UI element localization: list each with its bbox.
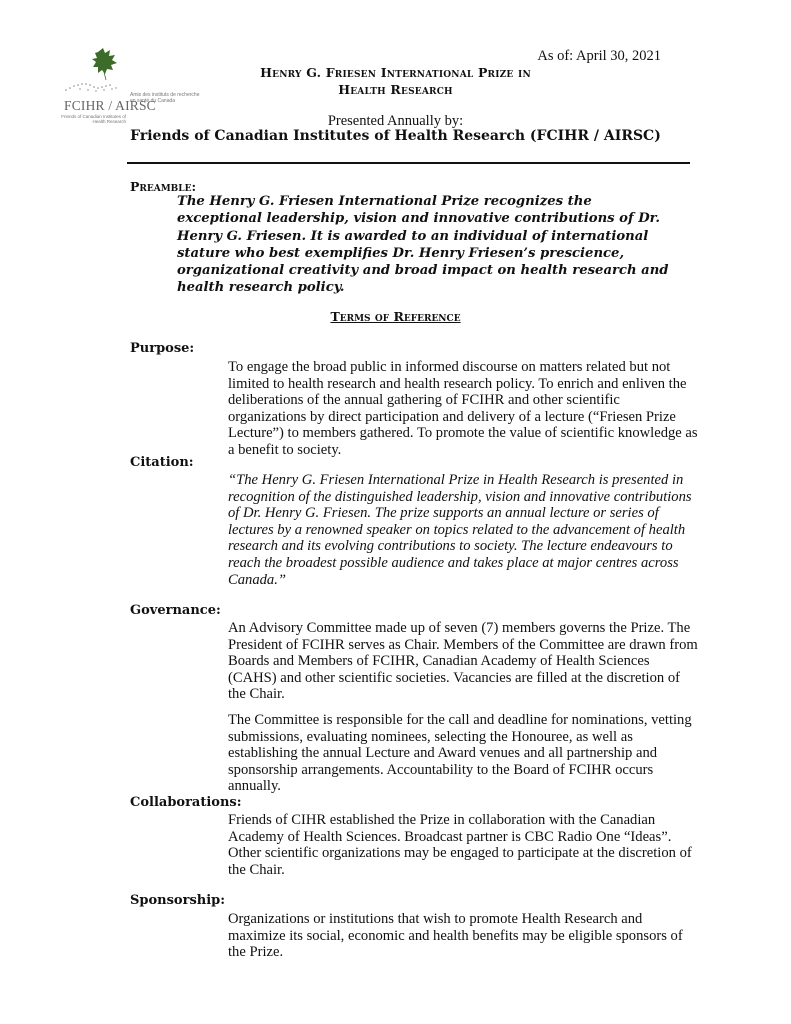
fcihr-logo: Amis des instituts de recherche en santé… — [58, 40, 188, 120]
logo-acronym: FCIHR / AIRSC — [64, 98, 156, 114]
collaborations-label: Collaborations: — [130, 795, 242, 810]
document-title-line2: Health Research — [0, 82, 791, 97]
purpose-text: To engage the broad public in informed d… — [228, 359, 698, 459]
document-title-line1: Henry G. Friesen International Prize in — [0, 65, 791, 80]
sponsorship-text: Organizations or institutions that wish … — [228, 911, 698, 961]
purpose-label: Purpose: — [130, 341, 194, 356]
citation-label: Citation: — [130, 455, 194, 470]
preamble-text: The Henry G. Friesen International Prize… — [177, 193, 677, 297]
governance-paragraph: The Committee is responsible for the cal… — [228, 712, 698, 795]
preamble-label: Preamble: — [130, 179, 196, 194]
citation-text: “The Henry G. Friesen International Priz… — [228, 472, 698, 588]
governance-label: Governance: — [130, 603, 221, 618]
governance-paragraph: An Advisory Committee made up of seven (… — [228, 620, 698, 703]
organization-name: Friends of Canadian Institutes of Health… — [0, 128, 791, 144]
governance-text: An Advisory Committee made up of seven (… — [228, 620, 698, 795]
as-of-date: As of: April 30, 2021 — [537, 48, 661, 65]
collaborations-text: Friends of CIHR established the Prize in… — [228, 812, 698, 878]
terms-of-reference-heading: Terms of Reference — [0, 309, 791, 324]
sponsorship-label: Sponsorship: — [130, 893, 225, 908]
horizontal-rule — [127, 162, 690, 164]
